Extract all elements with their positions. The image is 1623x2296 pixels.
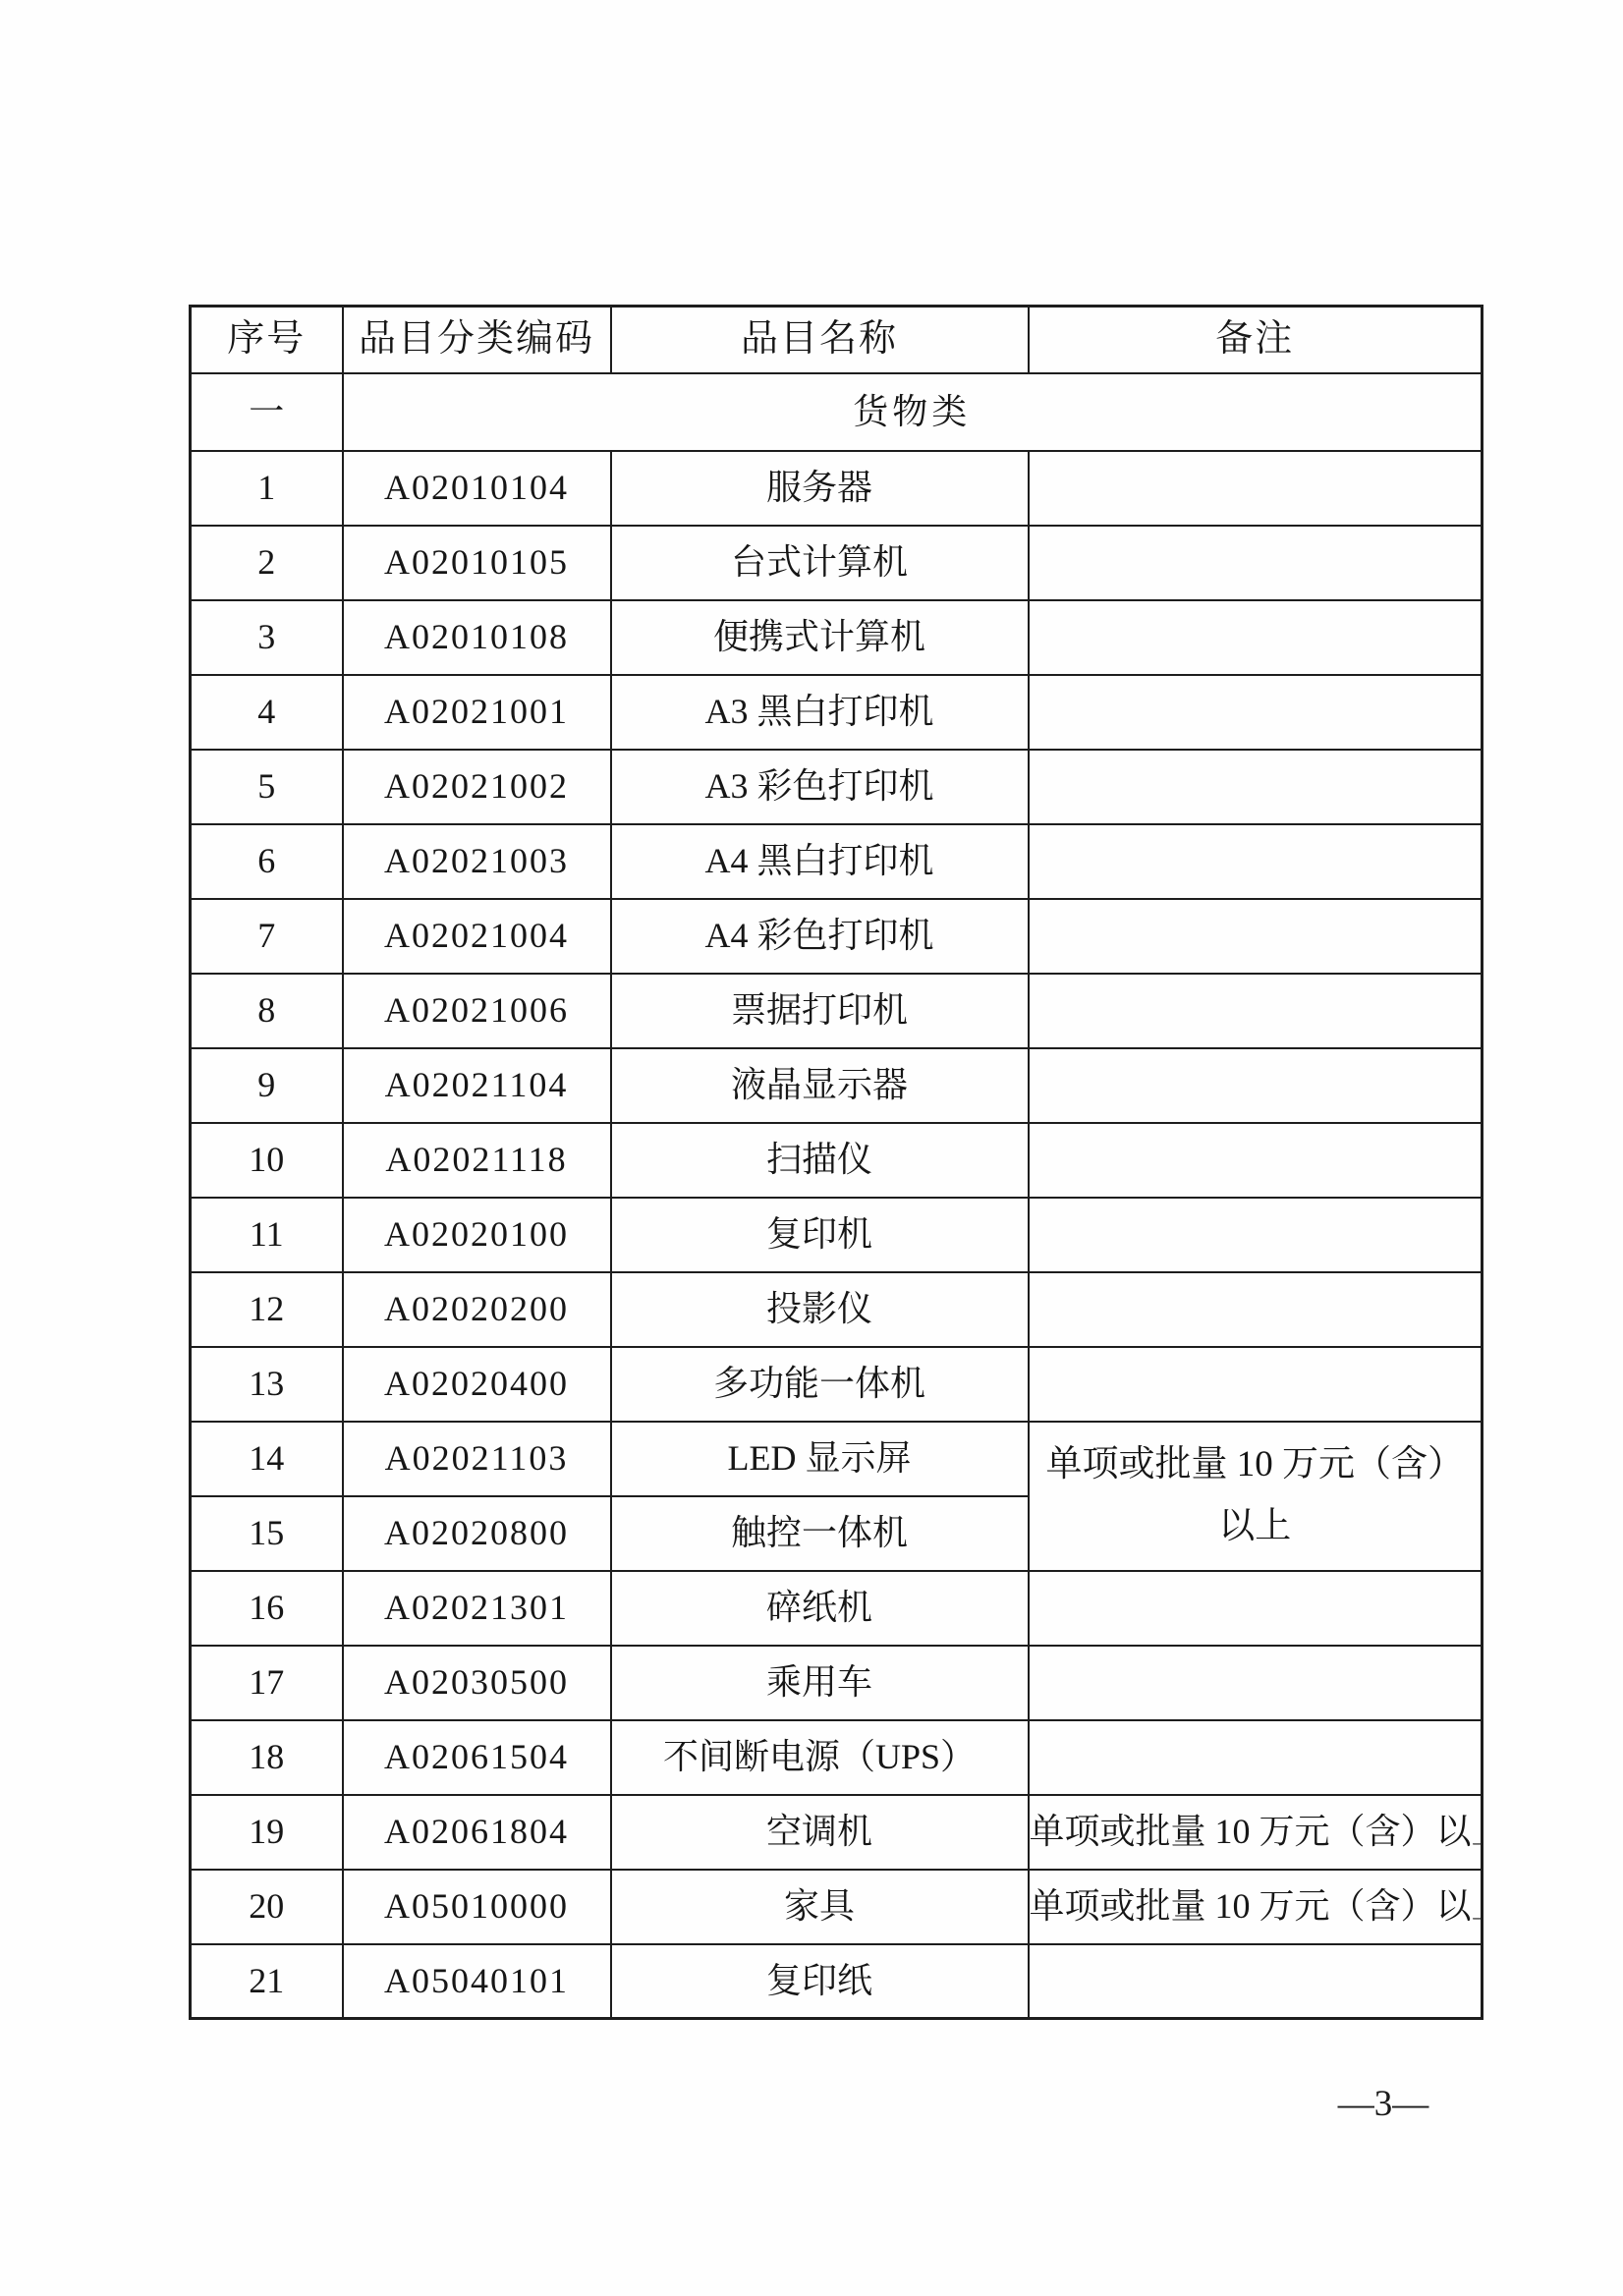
row-code: A02010108 [343,600,611,675]
row-serial: 19 [191,1795,343,1870]
row-code: A02010105 [343,526,611,600]
row-remark [1029,1048,1483,1123]
row-name: 台式计算机 [611,526,1029,600]
row-name: 便携式计算机 [611,600,1029,675]
row-code: A02021001 [343,675,611,750]
row-code: A02061504 [343,1720,611,1795]
row-serial: 15 [191,1496,343,1571]
row-serial: 5 [191,750,343,824]
row-code: A02021004 [343,899,611,974]
row-serial: 18 [191,1720,343,1795]
table-row: 17 A02030500 乘用车 [191,1646,1483,1720]
row-remark [1029,750,1483,824]
col-header-remark: 备注 [1029,307,1483,373]
scanned-document-page: 序号 品目分类编码 品目名称 备注 一 货物类 1 A02010104 服务器 … [0,0,1623,2296]
row-code: A02021301 [343,1571,611,1646]
table-row: 4 A02021001 A3 黑白打印机 [191,675,1483,750]
table-row: 5 A02021002 A3 彩色打印机 [191,750,1483,824]
row-code: A02021003 [343,824,611,899]
row-name: 液晶显示器 [611,1048,1029,1123]
row-code: A02021118 [343,1123,611,1198]
row-code: A02021103 [343,1422,611,1496]
row-remark [1029,526,1483,600]
row-name: 投影仪 [611,1272,1029,1347]
table-row: 13 A02020400 多功能一体机 [191,1347,1483,1422]
row-name: 空调机 [611,1795,1029,1870]
table-row: 20 A05010000 家具 单项或批量 10 万元（含）以上 [191,1870,1483,1944]
row-serial: 13 [191,1347,343,1422]
row-remark [1029,1720,1483,1795]
row-remark: 单项或批量 10 万元（含）以上 [1029,1795,1483,1870]
row-remark [1029,1198,1483,1272]
table-row: 6 A02021003 A4 黑白打印机 [191,824,1483,899]
table-row: 2 A02010105 台式计算机 [191,526,1483,600]
row-code: A02061804 [343,1795,611,1870]
row-name: LED 显示屏 [611,1422,1029,1496]
row-serial: 4 [191,675,343,750]
row-serial: 16 [191,1571,343,1646]
row-remark [1029,675,1483,750]
table-row: 7 A02021004 A4 彩色打印机 [191,899,1483,974]
table-row: 21 A05040101 复印纸 [191,1944,1483,2019]
row-code: A02021002 [343,750,611,824]
row-remark [1029,1347,1483,1422]
table-row: 12 A02020200 投影仪 [191,1272,1483,1347]
row-name: A4 彩色打印机 [611,899,1029,974]
col-header-serial: 序号 [191,307,343,373]
row-name: 复印机 [611,1198,1029,1272]
row-code: A02020800 [343,1496,611,1571]
section-row-goods: 一 货物类 [191,373,1483,451]
row-serial: 12 [191,1272,343,1347]
row-code: A02010104 [343,451,611,526]
table-header-row: 序号 品目分类编码 品目名称 备注 [191,307,1483,373]
row-remark [1029,899,1483,974]
table-row: 14 A02021103 LED 显示屏 单项或批量 10 万元（含）以上 [191,1422,1483,1496]
row-code: A02020400 [343,1347,611,1422]
row-name: A3 黑白打印机 [611,675,1029,750]
row-name: 触控一体机 [611,1496,1029,1571]
table-row: 9 A02021104 液晶显示器 [191,1048,1483,1123]
section-label: 货物类 [343,373,1483,451]
table-row: 8 A02021006 票据打印机 [191,974,1483,1048]
row-name: A3 彩色打印机 [611,750,1029,824]
row-remark: 单项或批量 10 万元（含）以上 [1029,1870,1483,1944]
table-row: 3 A02010108 便携式计算机 [191,600,1483,675]
row-serial: 11 [191,1198,343,1272]
row-serial: 1 [191,451,343,526]
row-serial: 9 [191,1048,343,1123]
table-row: 16 A02021301 碎纸机 [191,1571,1483,1646]
row-remark [1029,1571,1483,1646]
col-header-name: 品目名称 [611,307,1029,373]
row-remark-merged: 单项或批量 10 万元（含）以上 [1029,1422,1483,1571]
page-number: —3— [1324,2083,1442,2125]
row-remark [1029,1646,1483,1720]
row-name: 不间断电源（UPS） [611,1720,1029,1795]
row-serial: 21 [191,1944,343,2019]
row-code: A02021006 [343,974,611,1048]
row-code: A02020100 [343,1198,611,1272]
row-serial: 7 [191,899,343,974]
row-remark [1029,1123,1483,1198]
section-no: 一 [191,373,343,451]
row-serial: 10 [191,1123,343,1198]
row-serial: 17 [191,1646,343,1720]
row-serial: 2 [191,526,343,600]
row-code: A02021104 [343,1048,611,1123]
row-name: 碎纸机 [611,1571,1029,1646]
row-serial: 20 [191,1870,343,1944]
row-remark [1029,1944,1483,2019]
row-remark [1029,824,1483,899]
row-serial: 8 [191,974,343,1048]
row-serial: 3 [191,600,343,675]
row-remark [1029,974,1483,1048]
row-name: 服务器 [611,451,1029,526]
row-name: 乘用车 [611,1646,1029,1720]
table-row: 19 A02061804 空调机 单项或批量 10 万元（含）以上 [191,1795,1483,1870]
row-remark [1029,600,1483,675]
row-name: 票据打印机 [611,974,1029,1048]
row-serial: 14 [191,1422,343,1496]
table-row: 10 A02021118 扫描仪 [191,1123,1483,1198]
row-name: 多功能一体机 [611,1347,1029,1422]
table-row: 1 A02010104 服务器 [191,451,1483,526]
table-row: 18 A02061504 不间断电源（UPS） [191,1720,1483,1795]
procurement-items-table: 序号 品目分类编码 品目名称 备注 一 货物类 1 A02010104 服务器 … [189,305,1483,2020]
row-remark [1029,1272,1483,1347]
row-name: A4 黑白打印机 [611,824,1029,899]
row-name: 复印纸 [611,1944,1029,2019]
row-code: A02020200 [343,1272,611,1347]
row-code: A05040101 [343,1944,611,2019]
row-name: 扫描仪 [611,1123,1029,1198]
row-code: A05010000 [343,1870,611,1944]
row-code: A02030500 [343,1646,611,1720]
col-header-code: 品目分类编码 [343,307,611,373]
row-remark [1029,451,1483,526]
row-name: 家具 [611,1870,1029,1944]
table-row: 11 A02020100 复印机 [191,1198,1483,1272]
row-serial: 6 [191,824,343,899]
